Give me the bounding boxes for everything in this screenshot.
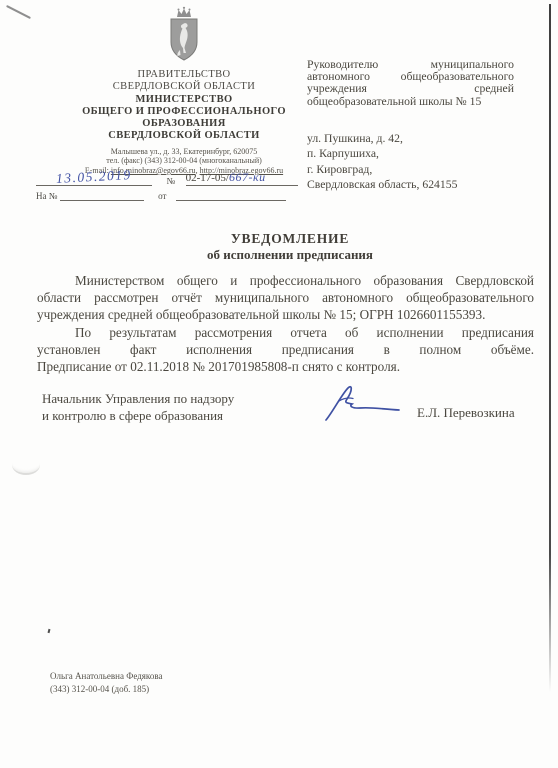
body-line: установлен факт исполнения предписания в… — [37, 341, 534, 358]
contact-name: Ольга Анатольевна Федякова — [50, 670, 162, 683]
body-line: области рассмотрен отчёт муниципального … — [37, 289, 534, 306]
recipient-address: ул. Пушкина, д. 42, п. Карпушиха, г. Кир… — [307, 131, 527, 192]
recipient-line: учреждения средней — [307, 83, 514, 95]
na-no-label: На № — [36, 191, 57, 201]
ot-label: от — [158, 191, 166, 201]
org-line: СВЕРДЛОВСКОЙ ОБЛАСТИ — [55, 81, 313, 93]
recipient-address-line: г. Кировград, — [307, 162, 527, 177]
reference-row-incoming: На № от — [36, 189, 286, 201]
handwritten-number-suffix: 667-ки — [229, 170, 266, 184]
contact-phone: (343) 312-00-04 (доб. 185) — [50, 683, 162, 696]
title-line-2: об исполнении предписания — [32, 247, 548, 263]
scan-smudge — [12, 455, 40, 475]
street-address: Малышева ул., д. 33, Екатеринбург, 62007… — [55, 147, 313, 157]
scan-mark — [6, 5, 31, 19]
body-line: учреждения средней общеобразовательной ш… — [37, 306, 534, 323]
outgoing-number: 02-17-05/ — [186, 172, 229, 184]
handwritten-signature-icon — [323, 385, 413, 430]
contact-footer: Ольга Анатольевна Федякова (343) 312-00-… — [50, 670, 162, 695]
org-line: ОБРАЗОВАНИЯ — [55, 118, 313, 130]
recipient-block: Руководителю муниципального автономного … — [307, 59, 514, 108]
signatory-name: Е.Л. Перевозкина — [417, 405, 515, 421]
body-line: Министерством общего и профессионального… — [37, 272, 534, 289]
number-symbol: № — [167, 176, 176, 186]
reference-row-date: 13.05.2019 № 02-17-05/667-ки — [36, 169, 298, 186]
position-line: Начальник Управления по надзору — [42, 391, 234, 408]
body-text: Министерством общего и профессионального… — [37, 272, 534, 375]
recipient-address-line: ул. Пушкина, д. 42, — [307, 131, 527, 146]
recipient-address-line: Свердловская область, 624155 — [307, 177, 527, 192]
org-line: ПРАВИТЕЛЬСТВО — [55, 69, 313, 81]
letterhead: ПРАВИТЕЛЬСТВО СВЕРДЛОВСКОЙ ОБЛАСТИ МИНИС… — [55, 6, 313, 176]
scan-edge-line — [549, 4, 551, 692]
handwritten-date: 13.05.2019 — [56, 167, 132, 187]
recipient-line: общеобразовательной школы № 15 — [307, 96, 514, 108]
coat-of-arms-icon — [164, 6, 204, 67]
document-title: УВЕДОМЛЕНИЕ об исполнении предписания — [32, 231, 548, 262]
signatory-position: Начальник Управления по надзору и контро… — [42, 391, 234, 425]
org-line: СВЕРДЛОВСКОЙ ОБЛАСТИ — [55, 130, 313, 142]
org-line: МИНИСТЕРСТВО — [55, 94, 313, 106]
org-line: ОБЩЕГО И ПРОФЕССИОНАЛЬНОГО — [55, 106, 313, 118]
recipient-address-line: п. Карпушиха, — [307, 146, 527, 161]
phone-line: тел. (факс) (343) 312-00-04 (многоканаль… — [55, 156, 313, 166]
scanned-letter-page: ПРАВИТЕЛЬСТВО СВЕРДЛОВСКОЙ ОБЛАСТИ МИНИС… — [0, 0, 558, 768]
scan-speck — [48, 629, 51, 633]
position-line: и контролю в сфере образования — [42, 408, 234, 425]
body-line: По результатам рассмотрения отчета об ис… — [37, 324, 534, 341]
body-line: Предписание от 02.11.2018 № 201701985808… — [37, 358, 534, 375]
title-line-1: УВЕДОМЛЕНИЕ — [32, 231, 548, 247]
